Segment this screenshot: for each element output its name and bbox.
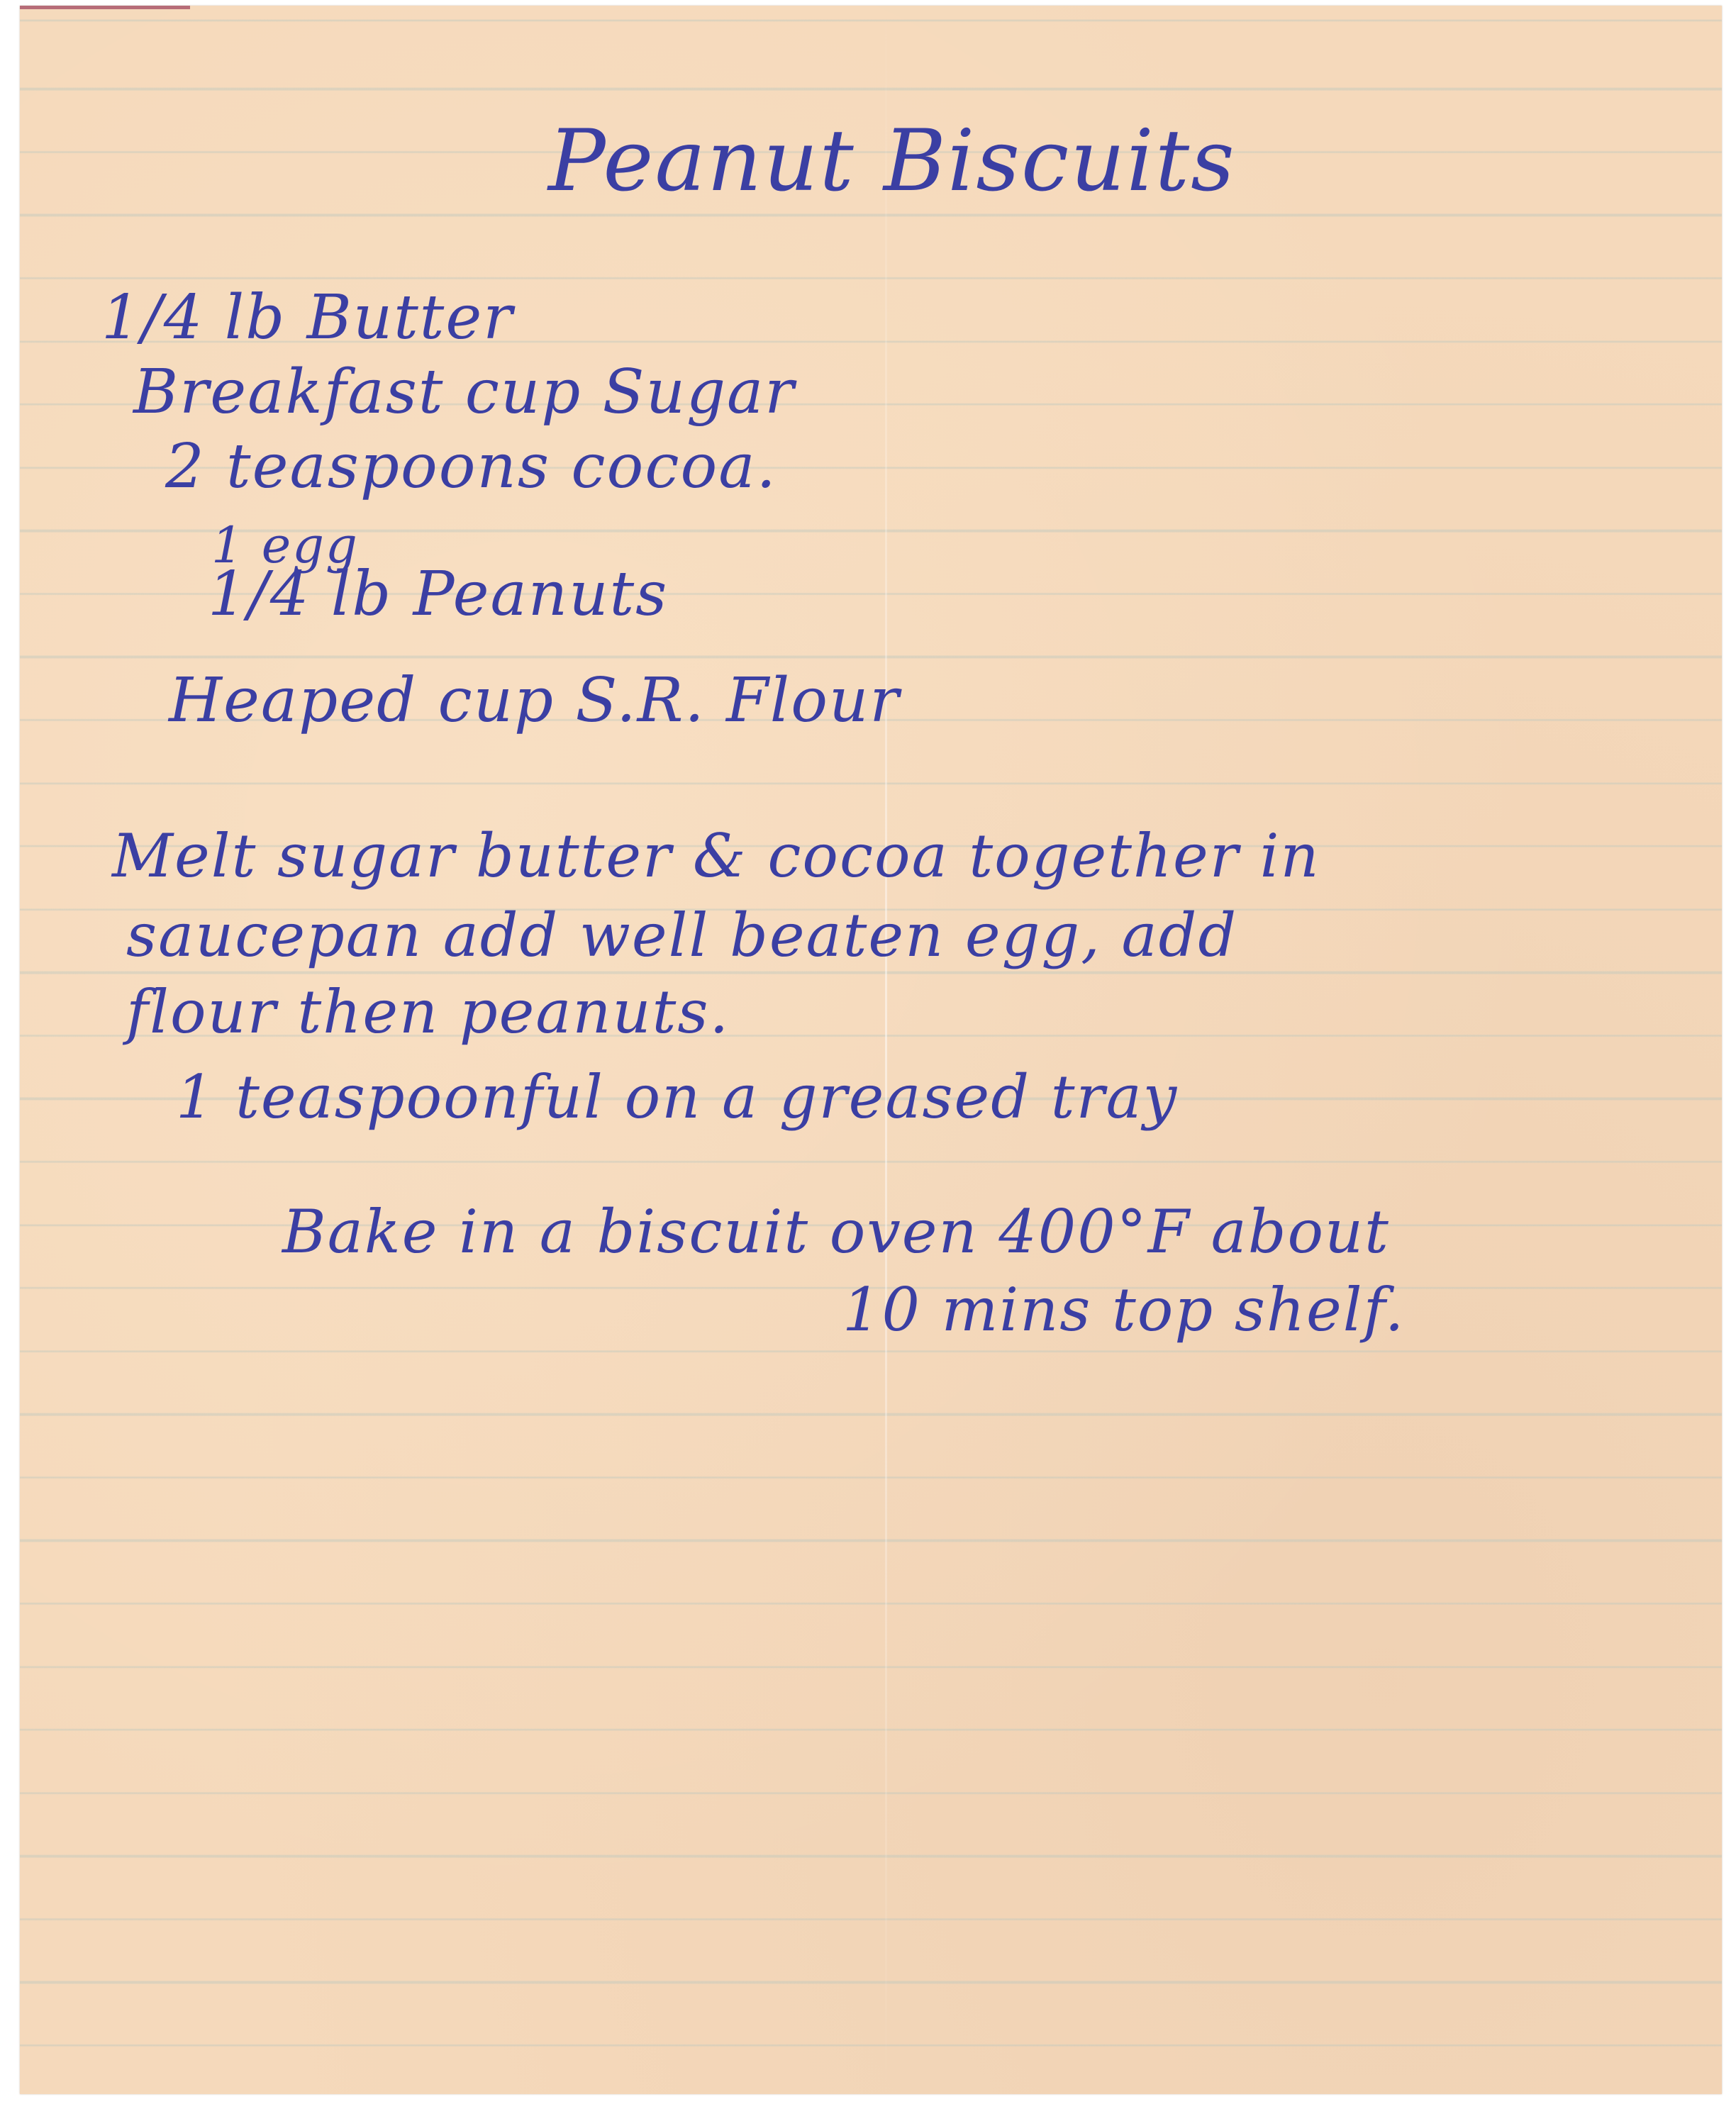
torn-top-edge bbox=[20, 6, 190, 9]
method-line-4: 1 teaspoonful on a greased tray bbox=[176, 1062, 1178, 1132]
recipe-title: Peanut Biscuits bbox=[548, 112, 1236, 211]
ingredient-cocoa: 2 teaspoons cocoa. bbox=[165, 431, 777, 502]
recipe-paper: Peanut Biscuits 1/4 lb Butter Breakfast … bbox=[20, 6, 1722, 2094]
method-line-1: Melt sugar butter & cocoa together in bbox=[112, 821, 1320, 891]
method-line-5: Bake in a biscuit oven 400°F about bbox=[282, 1197, 1390, 1267]
ingredient-flour: Heaped cup S.R. Flour bbox=[169, 665, 901, 736]
ingredient-sugar: Breakfast cup Sugar bbox=[133, 357, 795, 428]
method-line-6: 10 mins top shelf. bbox=[842, 1275, 1405, 1345]
method-line-2: saucepan add well beaten egg, add bbox=[126, 901, 1237, 970]
ingredient-peanuts: 1/4 lb Peanuts bbox=[208, 559, 668, 630]
ingredient-butter: 1/4 lb Butter bbox=[101, 282, 513, 353]
paper-fold-line bbox=[885, 6, 887, 2094]
method-line-3: flour then peanuts. bbox=[126, 977, 730, 1047]
